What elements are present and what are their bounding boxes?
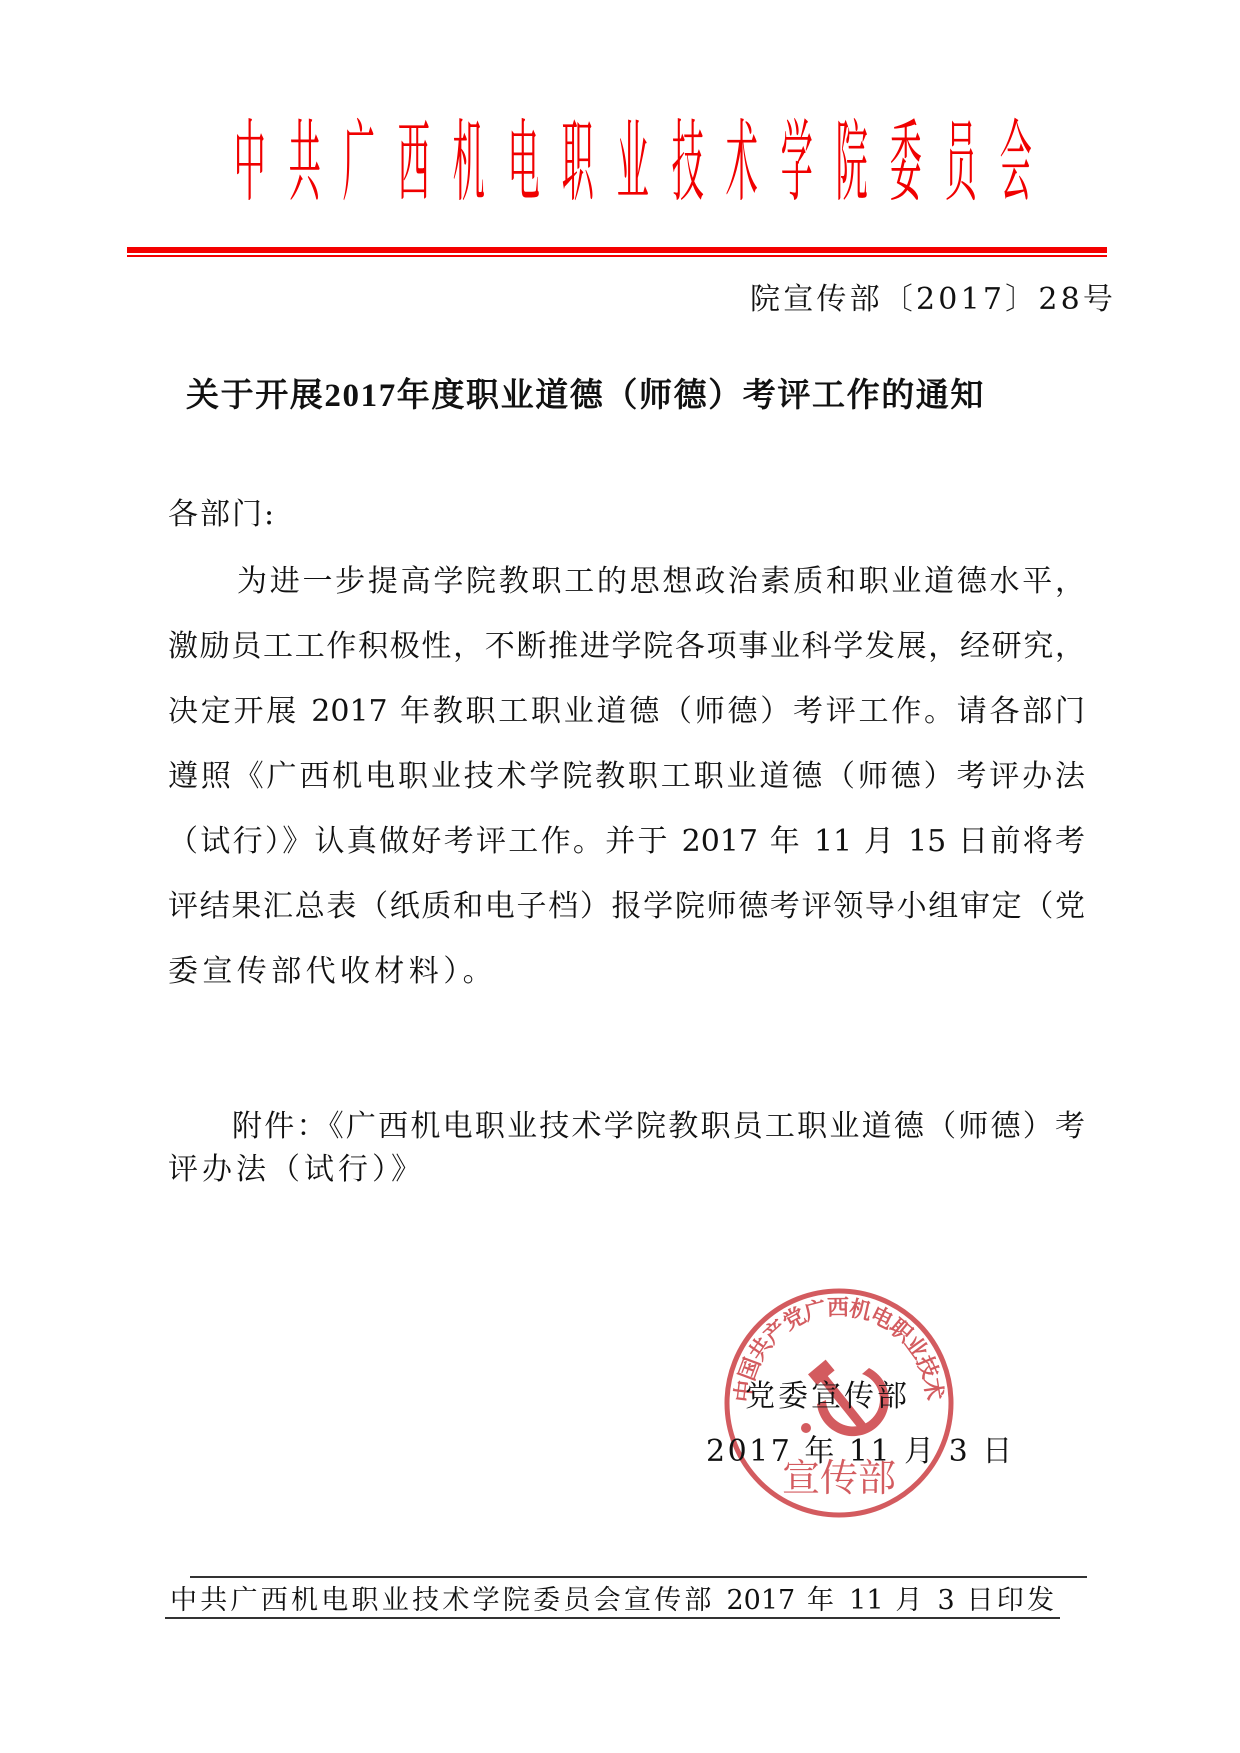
footer-issue-line: 中共广西机电职业技术学院委员会宣传部 2017 年 11 月 3 日印发 <box>170 1583 1054 1619</box>
masthead-char: 业 <box>617 75 642 254</box>
masthead-char: 广 <box>343 75 368 254</box>
attachment-line: 附件：《广西机电职业技术学院教职员工职业道德（师德）考 <box>232 1107 1085 1147</box>
masthead-char: 西 <box>398 75 423 254</box>
footer-bottom-rule <box>165 1617 1060 1619</box>
masthead-char: 学 <box>781 75 806 254</box>
masthead-char: 中 <box>234 75 259 254</box>
masthead-char: 电 <box>507 75 532 254</box>
masthead-char: 技 <box>671 75 696 254</box>
salutation: 各部门: <box>168 495 276 535</box>
masthead-char: 术 <box>726 75 751 254</box>
masthead-char: 会 <box>999 75 1024 254</box>
body-line: 委宣传部代收材料）。 <box>168 952 1085 992</box>
body-line: 遵照《广西机电职业技术学院教职工职业道德（师德）考评办法 <box>168 757 1085 797</box>
body-line: 决定开展 2017 年教职工职业道德（师德）考评工作。请各部门 <box>168 692 1085 732</box>
masthead-char: 委 <box>890 75 915 254</box>
masthead-char: 共 <box>288 75 313 254</box>
masthead-char: 员 <box>945 75 970 254</box>
document-number: 院宣传部〔2017〕28号 <box>750 280 1116 320</box>
attachment-line: 评办法（试行）》 <box>168 1150 425 1190</box>
masthead-title: 中 共 广 西 机 电 职 业 技 术 学 院 委 员 会 <box>226 112 1032 216</box>
masthead-char: 职 <box>562 75 587 254</box>
signature-department: 党委宣传部 <box>745 1377 910 1417</box>
body-line: 为进一步提高学院教职工的思想政治素质和职业道德水平， <box>237 562 1085 602</box>
signature-date: 2017 年 11 月 3 日 <box>706 1432 1015 1472</box>
body-line: 评结果汇总表（纸质和电子档）报学院师德考评领导小组审定（党 <box>168 887 1085 927</box>
masthead-char: 院 <box>835 75 860 254</box>
masthead-divider-thin <box>127 255 1107 257</box>
masthead-divider-thick <box>127 247 1107 253</box>
document-heading: 关于开展2017年度职业道德（师德）考评工作的通知 <box>186 374 985 418</box>
body-line: 激励员工工作积极性，不断推进学院各项事业科学发展，经研究， <box>168 627 1085 667</box>
footer-top-rule <box>190 1576 1087 1578</box>
masthead-char: 机 <box>452 75 477 254</box>
body-line: （试行）》认真做好考评工作。并于 2017 年 11 月 15 日前将考 <box>168 822 1085 862</box>
